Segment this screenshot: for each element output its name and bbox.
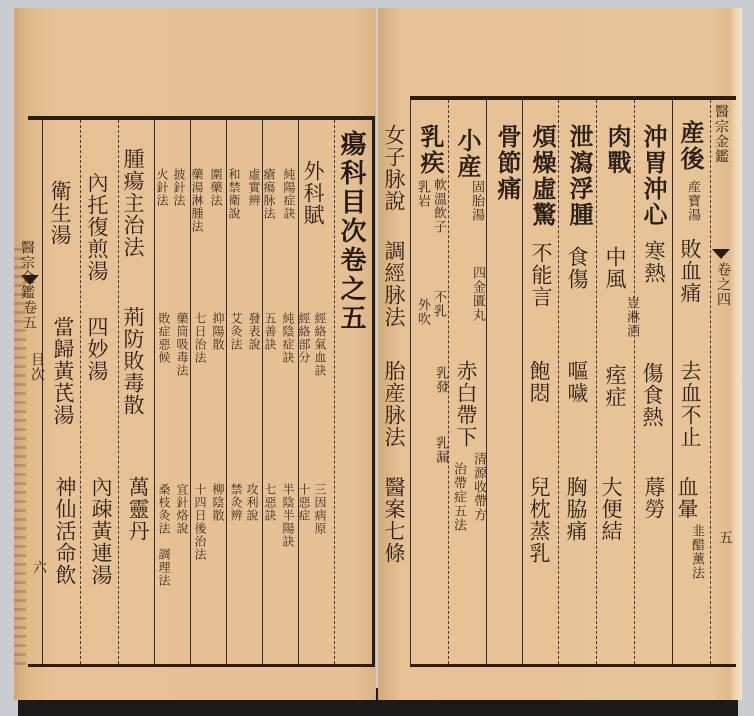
toc-entry[interactable]: 虛實辨 bbox=[248, 168, 260, 207]
toc-entry[interactable]: 和禁衛說 bbox=[228, 168, 240, 220]
toc-entry[interactable]: 外科賦 bbox=[302, 160, 323, 226]
toc-note[interactable]: 食傷 bbox=[566, 246, 587, 290]
column-rule bbox=[448, 100, 449, 664]
toc-note[interactable]: 寒熱 bbox=[643, 240, 664, 284]
toc-note[interactable]: 調經脉法 bbox=[383, 240, 404, 328]
toc-entry[interactable]: 當歸黃芪湯 bbox=[52, 316, 73, 426]
toc-entry[interactable]: 藥湯淋腫法 bbox=[191, 168, 203, 233]
toc-entry[interactable]: 肉戰 bbox=[605, 124, 629, 176]
column-rule bbox=[672, 100, 673, 664]
toc-note[interactable]: 胎産脉法 bbox=[383, 360, 404, 448]
toc-entry[interactable]: 半陰半陽訣 bbox=[282, 483, 294, 548]
toc-entry[interactable]: 四妙湯 bbox=[86, 316, 107, 382]
toc-note[interactable]: 外吹 bbox=[416, 298, 429, 326]
toc-entry[interactable]: 産後 bbox=[678, 120, 702, 172]
toc-note[interactable]: 飽悶 bbox=[528, 360, 549, 404]
toc-note[interactable]: 傷食熱 bbox=[641, 362, 662, 428]
toc-entry[interactable]: 火針法 bbox=[156, 168, 168, 207]
toc-entry[interactable]: 十四日後治法 bbox=[194, 483, 206, 561]
column-rule bbox=[334, 120, 335, 664]
toc-entry[interactable]: 泄瀉浮腫 bbox=[567, 124, 591, 228]
right-spine-page: 五 bbox=[718, 530, 732, 545]
toc-note[interactable]: 韭醋薰法 bbox=[690, 524, 703, 580]
fishtail-icon bbox=[712, 244, 730, 263]
toc-entry[interactable]: 發表說 bbox=[248, 312, 260, 351]
toc-note[interactable]: 兒枕蒸乳 bbox=[528, 476, 549, 564]
toc-note[interactable]: 去血不止 bbox=[679, 360, 700, 448]
toc-entry[interactable]: 內托復煎湯 bbox=[86, 172, 107, 282]
toc-entry[interactable]: 三因病原 bbox=[314, 483, 326, 535]
toc-entry[interactable]: 敗症惡候 bbox=[158, 312, 170, 364]
toc-entry[interactable]: 攻利說 bbox=[246, 483, 258, 522]
column-rule bbox=[118, 120, 119, 664]
toc-note[interactable]: 固胎湯 bbox=[470, 180, 483, 222]
toc-entry[interactable]: 瘡瘍脉法 bbox=[263, 168, 275, 220]
toc-note[interactable]: 不能言 bbox=[530, 242, 551, 308]
toc-entry[interactable]: 經絡部分 bbox=[298, 312, 310, 364]
toc-entry[interactable]: 純陰症訣 bbox=[282, 312, 294, 364]
toc-note[interactable]: 痓症 bbox=[604, 364, 625, 408]
toc-entry[interactable]: 調理法 bbox=[158, 548, 170, 587]
column-rule bbox=[410, 100, 411, 664]
toc-entry[interactable]: 抑陽散 bbox=[212, 312, 224, 351]
toc-entry[interactable]: 萬靈丹 bbox=[127, 476, 148, 542]
column-rule bbox=[596, 100, 597, 664]
toc-note[interactable]: 蓐勞 bbox=[643, 476, 664, 520]
toc-note[interactable]: 敗血痛 bbox=[679, 238, 700, 304]
toc-entry[interactable]: 藥筒吸毒法 bbox=[176, 312, 188, 377]
page-title: 瘍科目次卷之五 bbox=[338, 130, 364, 333]
toc-note[interactable]: 軟溫飲子 bbox=[432, 178, 445, 234]
toc-entry[interactable]: 五善訣 bbox=[264, 312, 276, 351]
toc-note[interactable]: 治帶症五法 bbox=[452, 462, 465, 532]
column-rule bbox=[558, 100, 559, 664]
toc-note[interactable]: 乳岩 bbox=[416, 180, 429, 208]
toc-entry[interactable]: 七惡訣 bbox=[264, 483, 276, 522]
column-rule bbox=[486, 100, 487, 664]
toc-note[interactable]: 中風 bbox=[604, 246, 625, 290]
toc-entry[interactable]: 女子脉說 bbox=[383, 124, 404, 212]
toc-note[interactable]: 乳發 bbox=[434, 366, 447, 394]
column-rule bbox=[634, 100, 635, 664]
toc-note[interactable]: 血暈 bbox=[676, 476, 697, 520]
toc-entry[interactable]: 七日治法 bbox=[194, 312, 206, 364]
toc-entry[interactable]: 內疎黃連湯 bbox=[90, 476, 111, 586]
toc-note[interactable]: 産寶湯 bbox=[686, 180, 699, 222]
column-rule bbox=[80, 120, 81, 664]
column-rule bbox=[42, 120, 43, 664]
toc-entry[interactable]: 禁灸辨 bbox=[230, 483, 242, 522]
toc-note[interactable]: 四金匱丸 bbox=[471, 266, 484, 322]
toc-entry[interactable]: 十惡症 bbox=[298, 483, 310, 522]
toc-entry[interactable]: 桑枝灸法 bbox=[158, 483, 170, 535]
toc-entry[interactable]: 荊防敗毒散 bbox=[122, 306, 143, 416]
toc-entry[interactable]: 純陽症訣 bbox=[283, 168, 295, 220]
toc-entry[interactable]: 神仙活命飲 bbox=[54, 476, 75, 586]
toc-note[interactable]: 嘔噦 bbox=[566, 360, 587, 404]
toc-note[interactable]: 乳漏 bbox=[434, 436, 447, 464]
toc-entry[interactable]: 衛生湯 bbox=[49, 180, 70, 246]
toc-note[interactable]: 大便結 bbox=[600, 476, 621, 542]
toc-entry[interactable]: 圍藥法 bbox=[210, 168, 222, 207]
toc-note[interactable]: 醫案七條 bbox=[383, 476, 404, 564]
toc-entry[interactable]: 宜針烙說 bbox=[176, 483, 188, 535]
toc-entry[interactable]: 小産 bbox=[455, 128, 479, 180]
toc-note[interactable]: 胸脇痛 bbox=[565, 476, 586, 542]
right-spine-volume: 卷之四 bbox=[716, 262, 730, 307]
toc-entry[interactable]: 經絡氣血訣 bbox=[314, 312, 326, 377]
toc-entry[interactable]: 沖胃沖心 bbox=[641, 124, 665, 228]
toc-entry[interactable]: 乳疾 bbox=[418, 124, 442, 176]
toc-note[interactable]: 赤白帶下 bbox=[455, 360, 476, 448]
column-rule bbox=[710, 100, 711, 664]
section-heading[interactable]: 腫瘍主治法 bbox=[122, 148, 143, 258]
toc-entry[interactable]: 艾灸法 bbox=[230, 312, 242, 351]
toc-note[interactable]: 清源收帶方 bbox=[472, 452, 485, 522]
toc-entry[interactable]: 骨節痛 bbox=[495, 124, 519, 202]
toc-entry[interactable]: 披針法 bbox=[173, 168, 185, 207]
toc-note[interactable]: 豈淋酒 bbox=[625, 296, 638, 338]
toc-note[interactable]: 不乳 bbox=[432, 290, 445, 318]
toc-entry[interactable]: 煩燥虛驚 bbox=[530, 124, 554, 228]
toc-entry[interactable]: 柳陰散 bbox=[212, 483, 224, 522]
column-rule bbox=[522, 100, 523, 664]
right-spine-title: 醫宗金鑑 bbox=[714, 104, 728, 164]
column-rule bbox=[298, 120, 299, 664]
